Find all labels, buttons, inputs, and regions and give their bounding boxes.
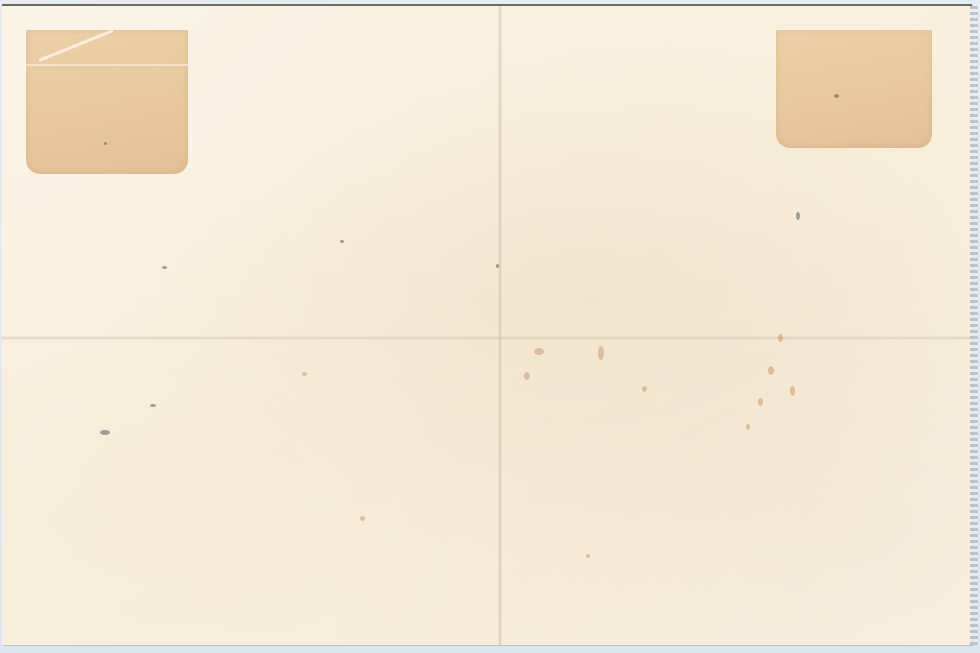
horizontal-fold-line: [2, 336, 972, 340]
foxing-spot: [302, 372, 307, 376]
foxing-spot: [790, 386, 795, 396]
dark-speck: [162, 266, 167, 269]
dark-speck: [496, 264, 499, 268]
foxing-spot: [758, 398, 763, 406]
foxing-spot: [534, 348, 544, 355]
tape-piece-right: [776, 30, 932, 148]
foxing-spot: [598, 346, 604, 360]
vertical-fold-line: [498, 6, 502, 645]
foxing-spot: [778, 334, 783, 342]
tape-piece-left: [26, 30, 188, 174]
dark-speck: [100, 430, 110, 435]
foxing-spot: [360, 516, 365, 521]
dark-speck: [796, 212, 800, 220]
foxing-spot: [586, 554, 590, 558]
dark-speck: [834, 94, 839, 98]
foxing-spot: [642, 386, 647, 392]
serrated-edge: [970, 6, 978, 645]
foxing-spot: [524, 372, 530, 380]
paper-sheet: [2, 4, 972, 645]
dark-speck: [104, 142, 107, 145]
dark-speck: [340, 240, 344, 243]
foxing-spot: [746, 424, 750, 430]
dark-speck: [150, 404, 156, 407]
foxing-spot: [768, 366, 774, 375]
